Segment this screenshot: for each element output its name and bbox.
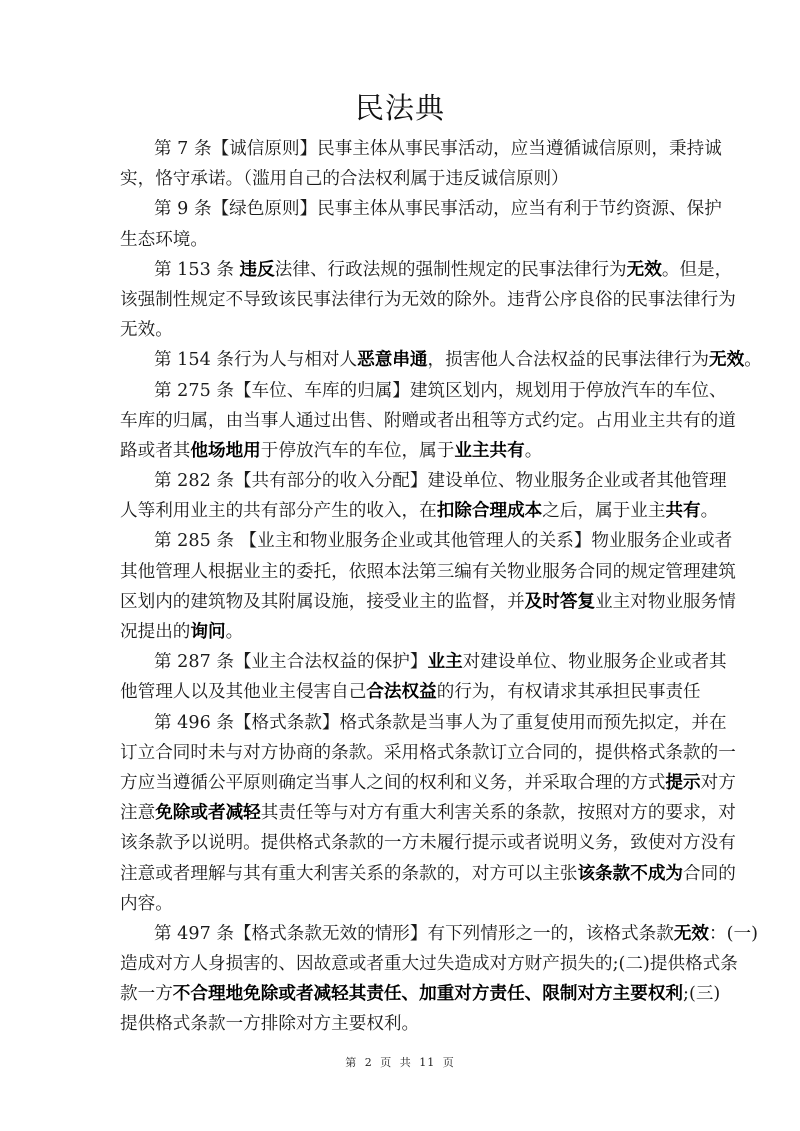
text: 第 496 条【格式条款】格式条款是当事人为了重复使用而预先拟定，并在 bbox=[154, 713, 727, 733]
text: 车库的归属，由当事人通过出售、附赠或者出租等方式约定。占用业主共有的道 bbox=[120, 411, 736, 431]
text: 况提出的 bbox=[120, 622, 190, 642]
text: 。 bbox=[701, 501, 719, 521]
bold-text: 无效 bbox=[709, 349, 744, 370]
document-page: 民法典 第 7 条【诚信原则】民事主体从事民事活动，应当遵循诚信原则，秉持诚实，… bbox=[0, 0, 800, 1131]
article-line: 提供格式条款一方排除对方主要权利。 bbox=[120, 1009, 682, 1039]
page-footer: 第 2 页 共 11 页 bbox=[0, 1054, 800, 1070]
bold-text: 该条款不成为 bbox=[577, 863, 683, 884]
text: 区划内的建筑物及其附属设施，接受业主的监督，并 bbox=[120, 592, 525, 612]
article-line: 路或者其他场地用于停放汽车的车位，属于业主共有。 bbox=[120, 436, 682, 466]
bold-text: 不合理地免除或者减轻其责任、加重对方责任、限制对方主要权利 bbox=[173, 983, 683, 1004]
article-line: 该条款予以说明。提供格式条款的一方未履行提示或者说明义务，致使对方没有 bbox=[120, 828, 682, 858]
article-art154: 第 154 条行为人与相对人恶意串通，损害他人合法权益的民事法律行为无效。 bbox=[120, 345, 682, 375]
bold-text: 违反 bbox=[240, 259, 275, 280]
bold-text: 业主共有 bbox=[454, 440, 524, 461]
article-line: 他管理人以及其他业主侵害自己合法权益的行为，有权请求其承担民事责任 bbox=[120, 677, 682, 707]
text: 第 282 条【共有部分的收入分配】建设单位、物业服务企业或者其他管理 bbox=[154, 471, 727, 491]
article-line: 况提出的询问。 bbox=[120, 617, 682, 647]
text: 第 285 条 【业主和物业服务企业或其他管理人的关系】物业服务企业或者 bbox=[154, 531, 732, 551]
article-line: 第 7 条【诚信原则】民事主体从事民事活动，应当遵循诚信原则，秉持诚 bbox=[120, 134, 682, 164]
text: 其他管理人根据业主的委托，依照本法第三编有关物业服务合同的规定管理建筑 bbox=[120, 562, 736, 582]
text: 第 9 条【绿色原则】民事主体从事民事活动，应当有利于节约资源、保护 bbox=[154, 199, 722, 219]
article-art285: 第 285 条 【业主和物业服务企业或其他管理人的关系】物业服务企业或者其他管理… bbox=[120, 526, 682, 647]
article-art275: 第 275 条【车位、车库的归属】建筑区划内，规划用于停放汽车的车位、车库的归属… bbox=[120, 376, 682, 467]
text: 的行为，有权请求其承担民事责任 bbox=[437, 682, 701, 702]
document-title: 民法典 bbox=[0, 88, 800, 128]
text: 该条款予以说明。提供格式条款的一方未履行提示或者说明义务，致使对方没有 bbox=[120, 833, 736, 853]
article-line: 第 496 条【格式条款】格式条款是当事人为了重复使用而预先拟定，并在 bbox=[120, 708, 682, 738]
text: 注意或者理解与其有重大利害关系的条款的，对方可以主张 bbox=[120, 864, 577, 884]
article-art287: 第 287 条【业主合法权益的保护】业主对建设单位、物业服务企业或者其他管理人以… bbox=[120, 647, 682, 707]
text: 于停放汽车的车位，属于 bbox=[261, 441, 455, 461]
article-line: 第 287 条【业主合法权益的保护】业主对建设单位、物业服务企业或者其 bbox=[120, 647, 682, 677]
text: 造成对方人身损害的、因故意或者重大过失造成对方财产损失的;(二)提供格式条 bbox=[120, 954, 738, 974]
article-line: 款一方不合理地免除或者减轻其责任、加重对方责任、限制对方主要权利;(三) bbox=[120, 979, 682, 1009]
article-line: 第 285 条 【业主和物业服务企业或其他管理人的关系】物业服务企业或者 bbox=[120, 526, 682, 556]
text: 内容。 bbox=[120, 894, 173, 914]
article-line: 注意免除或者减轻其责任等与对方有重大利害关系的条款，按照对方的要求，对 bbox=[120, 798, 682, 828]
text: 第 153 条 bbox=[154, 260, 240, 280]
text: 该强制性规定不导致该民事法律行为无效的除外。违背公序良俗的民事法律行为 bbox=[120, 290, 736, 310]
article-line: 人等利用业主的共有部分产生的收入，在扣除合理成本之后，属于业主共有。 bbox=[120, 496, 682, 526]
bold-text: 询问 bbox=[190, 621, 225, 642]
text: 对建设单位、物业服务企业或者其 bbox=[463, 652, 727, 672]
document-body: 第 7 条【诚信原则】民事主体从事民事活动，应当遵循诚信原则，秉持诚实，恪守承诺… bbox=[120, 134, 682, 1040]
article-line: 无效。 bbox=[120, 315, 682, 345]
text: 第 154 条行为人与相对人 bbox=[154, 350, 357, 370]
text: 路或者其 bbox=[120, 441, 190, 461]
article-line: 实，恪守承诺。（滥用自己的合法权利属于违反诚信原则） bbox=[120, 164, 682, 194]
text: 实，恪守承诺。（滥用自己的合法权利属于违反诚信原则） bbox=[120, 169, 569, 189]
bold-text: 业主 bbox=[428, 651, 463, 672]
text: 业主对物业服务情 bbox=[595, 592, 736, 612]
bold-text: 免除或者减轻 bbox=[155, 802, 261, 823]
article-line: 第 9 条【绿色原则】民事主体从事民事活动，应当有利于节约资源、保护 bbox=[120, 194, 682, 224]
article-art7: 第 7 条【诚信原则】民事主体从事民事活动，应当遵循诚信原则，秉持诚实，恪守承诺… bbox=[120, 134, 682, 194]
text: 方应当遵循公平原则确定当事人之间的权利和义务，并采取合理的方式 bbox=[120, 773, 665, 793]
article-line: 生态环境。 bbox=[120, 225, 682, 255]
bold-text: 恶意串通 bbox=[357, 349, 427, 370]
bold-text: 扣除合理成本 bbox=[437, 500, 543, 521]
text: ;(三) bbox=[683, 984, 720, 1004]
bold-text: 共有 bbox=[665, 500, 700, 521]
article-line: 方应当遵循公平原则确定当事人之间的权利和义务，并采取合理的方式提示对方 bbox=[120, 768, 682, 798]
text: 合同的 bbox=[683, 864, 736, 884]
article-line: 第 154 条行为人与相对人恶意串通，损害他人合法权益的民事法律行为无效。 bbox=[120, 345, 682, 375]
text: 第 287 条【业主合法权益的保护】 bbox=[154, 652, 428, 672]
text: 。但是， bbox=[662, 260, 732, 280]
bold-text: 及时答复 bbox=[525, 591, 595, 612]
article-art153: 第 153 条 违反法律、行政法规的强制性规定的民事法律行为无效。但是，该强制性… bbox=[120, 255, 682, 346]
text: 他管理人以及其他业主侵害自己 bbox=[120, 682, 366, 702]
text: 对方 bbox=[701, 773, 736, 793]
text: ，损害他人合法权益的民事法律行为 bbox=[428, 350, 710, 370]
article-line: 内容。 bbox=[120, 889, 682, 919]
text: 款一方 bbox=[120, 984, 173, 1004]
bold-text: 无效 bbox=[627, 259, 662, 280]
text: 。 bbox=[525, 441, 543, 461]
bold-text: 无效 bbox=[674, 923, 709, 944]
text: 人等利用业主的共有部分产生的收入，在 bbox=[120, 501, 437, 521]
text: 第 275 条【车位、车库的归属】建筑区划内，规划用于停放汽车的车位、 bbox=[154, 381, 727, 401]
article-line: 第 153 条 违反法律、行政法规的强制性规定的民事法律行为无效。但是， bbox=[120, 255, 682, 285]
article-art282: 第 282 条【共有部分的收入分配】建设单位、物业服务企业或者其他管理人等利用业… bbox=[120, 466, 682, 526]
bold-text: 他场地用 bbox=[190, 440, 260, 461]
text: 生态环境。 bbox=[120, 230, 208, 250]
text: 法律、行政法规的强制性规定的民事法律行为 bbox=[275, 260, 627, 280]
text: 。 bbox=[744, 350, 762, 370]
bold-text: 提示 bbox=[665, 772, 700, 793]
bold-text: 合法权益 bbox=[366, 681, 436, 702]
text: 提供格式条款一方排除对方主要权利。 bbox=[120, 1014, 419, 1034]
article-line: 第 275 条【车位、车库的归属】建筑区划内，规划用于停放汽车的车位、 bbox=[120, 376, 682, 406]
article-line: 车库的归属，由当事人通过出售、附赠或者出租等方式约定。占用业主共有的道 bbox=[120, 406, 682, 436]
text: 无效。 bbox=[120, 320, 173, 340]
article-line: 第 282 条【共有部分的收入分配】建设单位、物业服务企业或者其他管理 bbox=[120, 466, 682, 496]
article-art497: 第 497 条【格式条款无效的情形】有下列情形之一的，该格式条款无效：(一)造成… bbox=[120, 919, 682, 1040]
article-line: 其他管理人根据业主的委托，依照本法第三编有关物业服务合同的规定管理建筑 bbox=[120, 557, 682, 587]
article-art9: 第 9 条【绿色原则】民事主体从事民事活动，应当有利于节约资源、保护生态环境。 bbox=[120, 194, 682, 254]
article-line: 该强制性规定不导致该民事法律行为无效的除外。违背公序良俗的民事法律行为 bbox=[120, 285, 682, 315]
text: 第 7 条【诚信原则】民事主体从事民事活动，应当遵循诚信原则，秉持诚 bbox=[154, 139, 722, 159]
text: 其责任等与对方有重大利害关系的条款，按照对方的要求，对 bbox=[261, 803, 736, 823]
article-line: 区划内的建筑物及其附属设施，接受业主的监督，并及时答复业主对物业服务情 bbox=[120, 587, 682, 617]
text: 。 bbox=[226, 622, 244, 642]
article-art496: 第 496 条【格式条款】格式条款是当事人为了重复使用而预先拟定，并在订立合同时… bbox=[120, 708, 682, 919]
article-line: 第 497 条【格式条款无效的情形】有下列情形之一的，该格式条款无效：(一) bbox=[120, 919, 682, 949]
article-line: 注意或者理解与其有重大利害关系的条款的，对方可以主张该条款不成为合同的 bbox=[120, 859, 682, 889]
article-line: 造成对方人身损害的、因故意或者重大过失造成对方财产损失的;(二)提供格式条 bbox=[120, 949, 682, 979]
text: 注意 bbox=[120, 803, 155, 823]
text: 之后，属于业主 bbox=[542, 501, 665, 521]
text: ：(一) bbox=[709, 924, 758, 944]
text: 第 497 条【格式条款无效的情形】有下列情形之一的，该格式条款 bbox=[154, 924, 674, 944]
text: 订立合同时未与对方协商的条款。采用格式条款订立合同的，提供格式条款的一 bbox=[120, 743, 736, 763]
article-line: 订立合同时未与对方协商的条款。采用格式条款订立合同的，提供格式条款的一 bbox=[120, 738, 682, 768]
